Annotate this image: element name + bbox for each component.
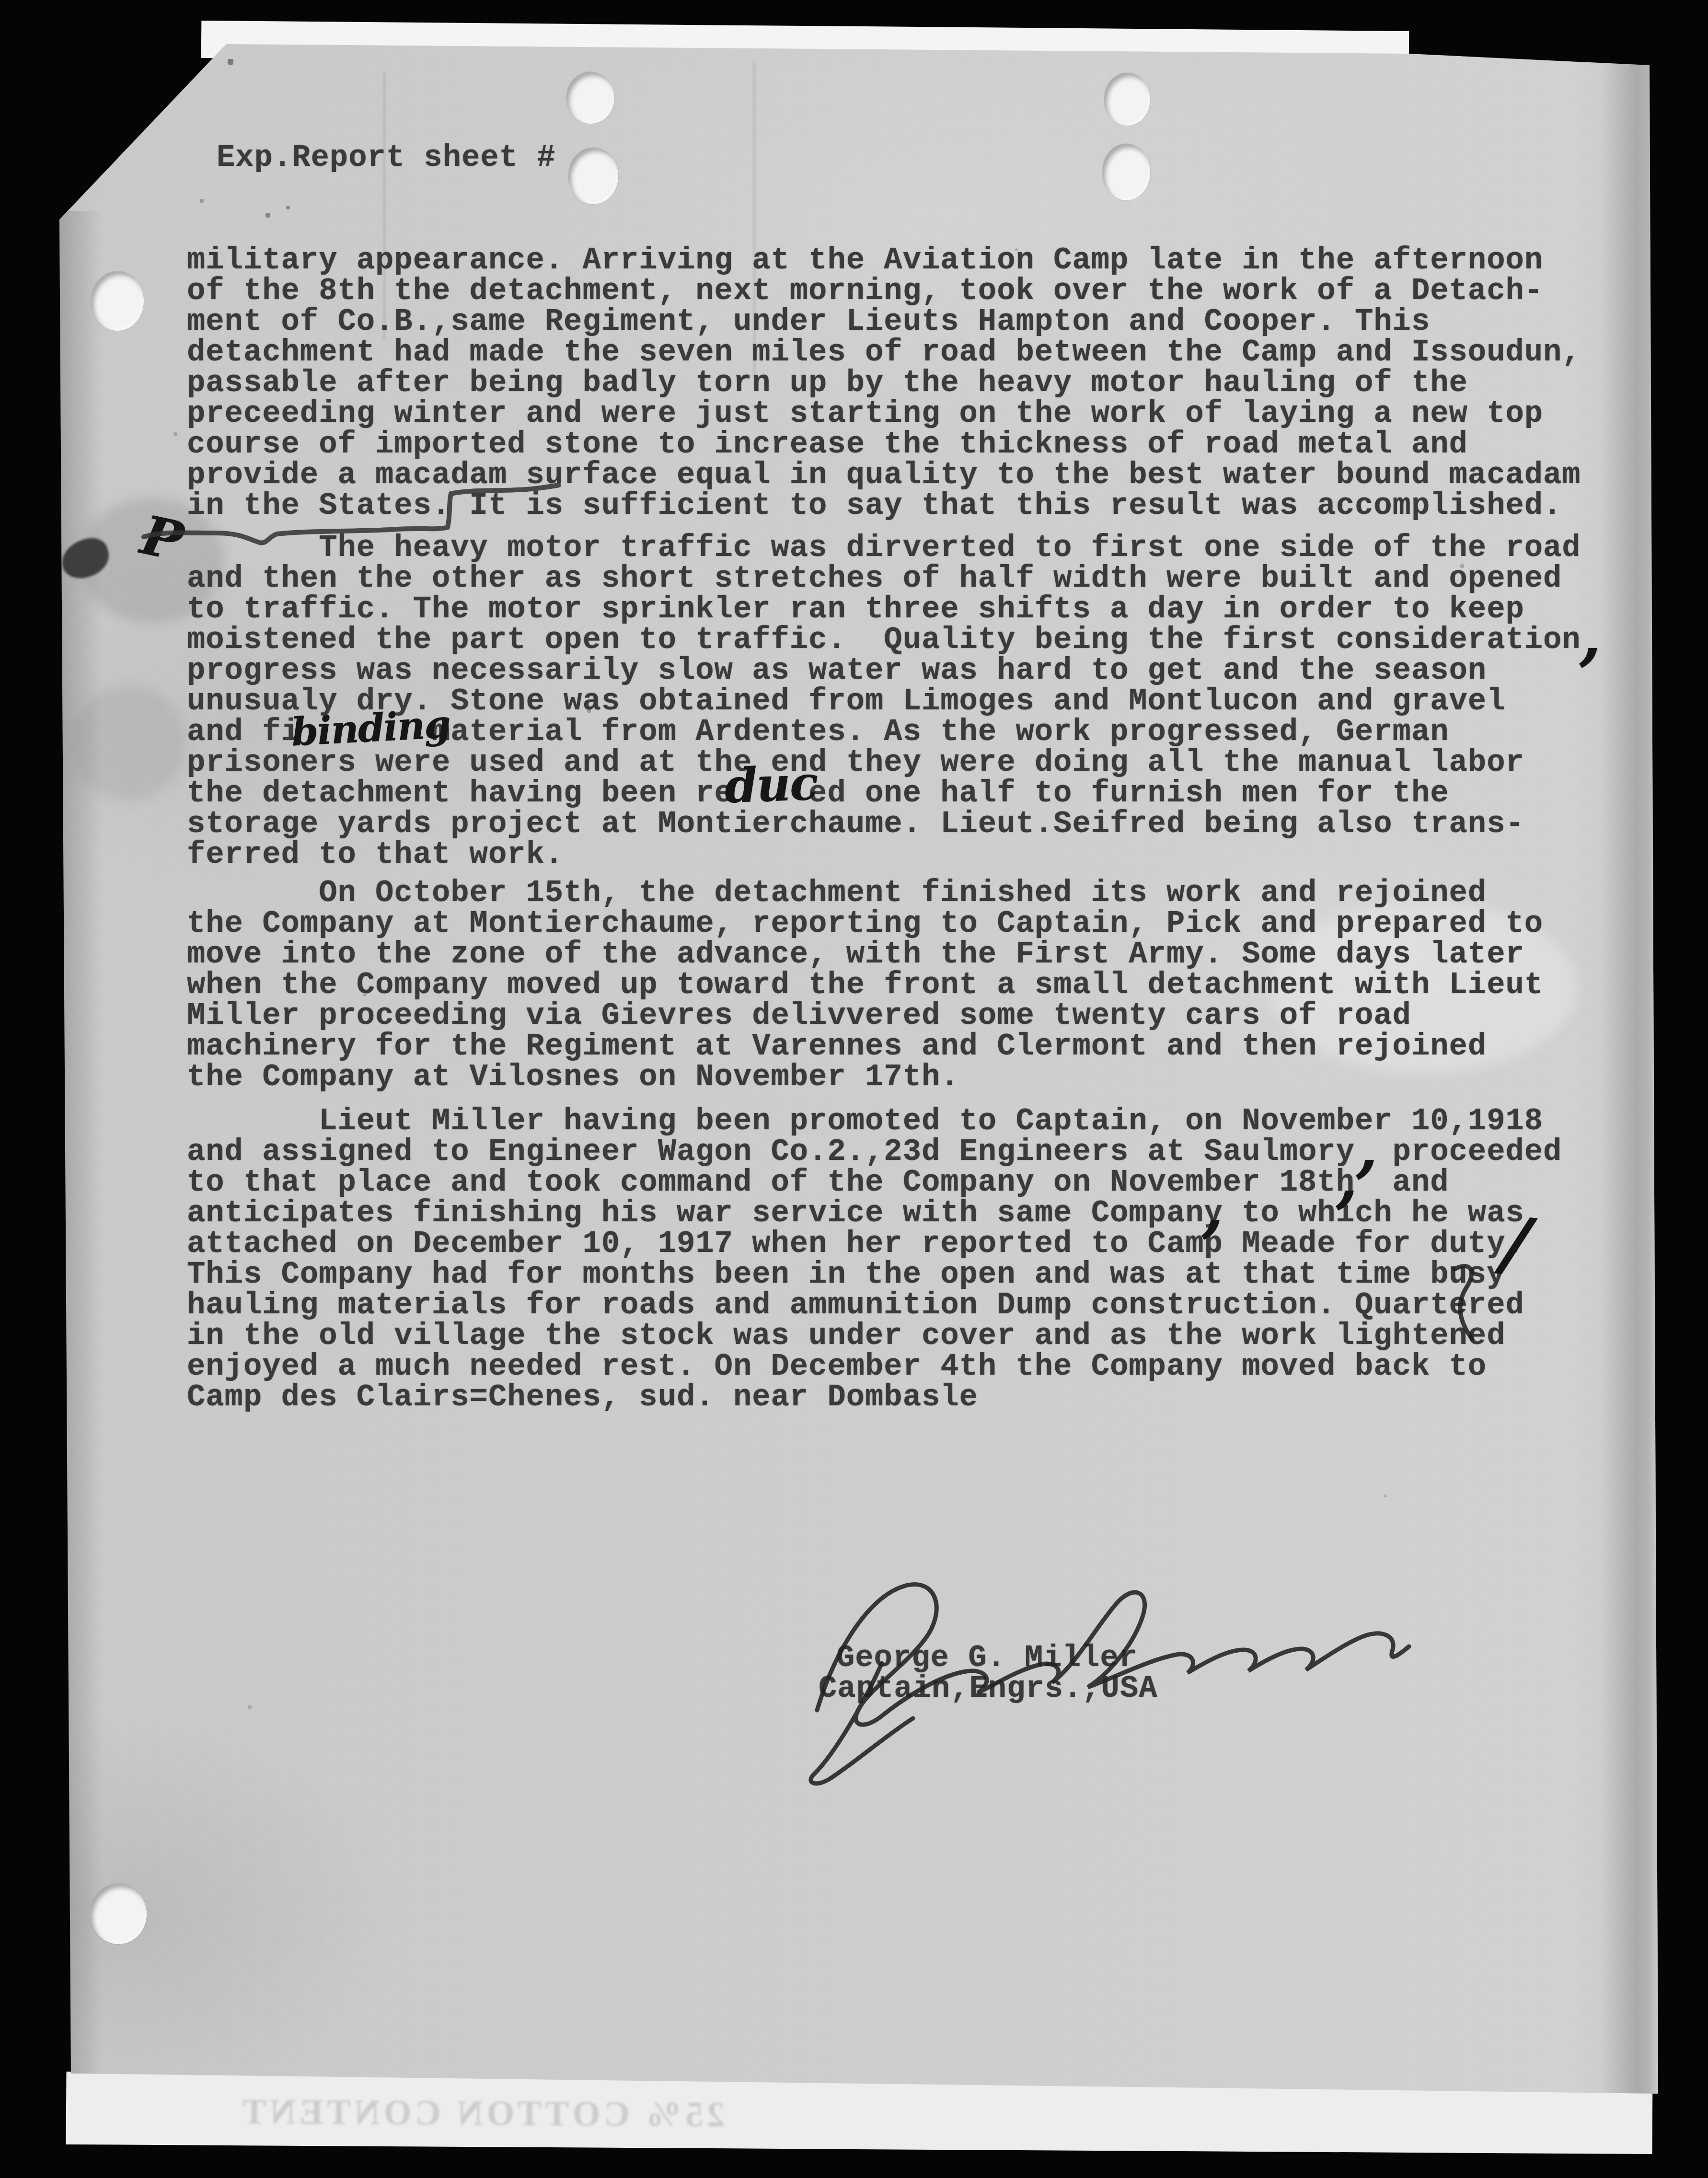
punch-hole (1104, 73, 1150, 126)
paper-watermark-mirrored: 25% COTTON CONTENT (239, 2092, 725, 2135)
signature-typed-name: George G. Miller (836, 1643, 1138, 1674)
ink-comma-saulmory: , (1356, 1117, 1378, 1179)
punch-hole (1102, 144, 1150, 200)
inserted-word-duc: duc (724, 756, 818, 814)
paragraph-1: military appearance. Arriving at the Avi… (187, 245, 1581, 521)
report-sheet-label: Exp.Report sheet # (217, 143, 556, 174)
scanned-document: 25% COTTON CONTENT Exp.Report sheet # mi… (0, 0, 1708, 2178)
paper-smudge (71, 685, 186, 800)
ink-comma-company: , (1202, 1177, 1223, 1239)
punch-hole (90, 1884, 147, 1944)
punch-hole (566, 72, 614, 124)
paragraph-2: The heavy motor traffic was dirverted to… (187, 533, 1581, 870)
signature-typed-title: Captain,Engrs.,USA (819, 1674, 1158, 1704)
punch-hole (91, 271, 144, 331)
ink-comma-considerations: , (1580, 605, 1601, 667)
dust-specks (0, 0, 1, 1)
document-page: Exp.Report sheet # military appearance. … (0, 0, 1708, 2178)
punch-hole (568, 148, 618, 204)
inserted-word-binding: binding (290, 701, 451, 754)
paragraph-3: On October 15th, the detachment finished… (187, 878, 1543, 1093)
page-right-edge-shadow (1601, 43, 1659, 2099)
page-left-edge-shadow (59, 211, 103, 2075)
ink-comma-november-18th: , (1336, 1147, 1358, 1210)
